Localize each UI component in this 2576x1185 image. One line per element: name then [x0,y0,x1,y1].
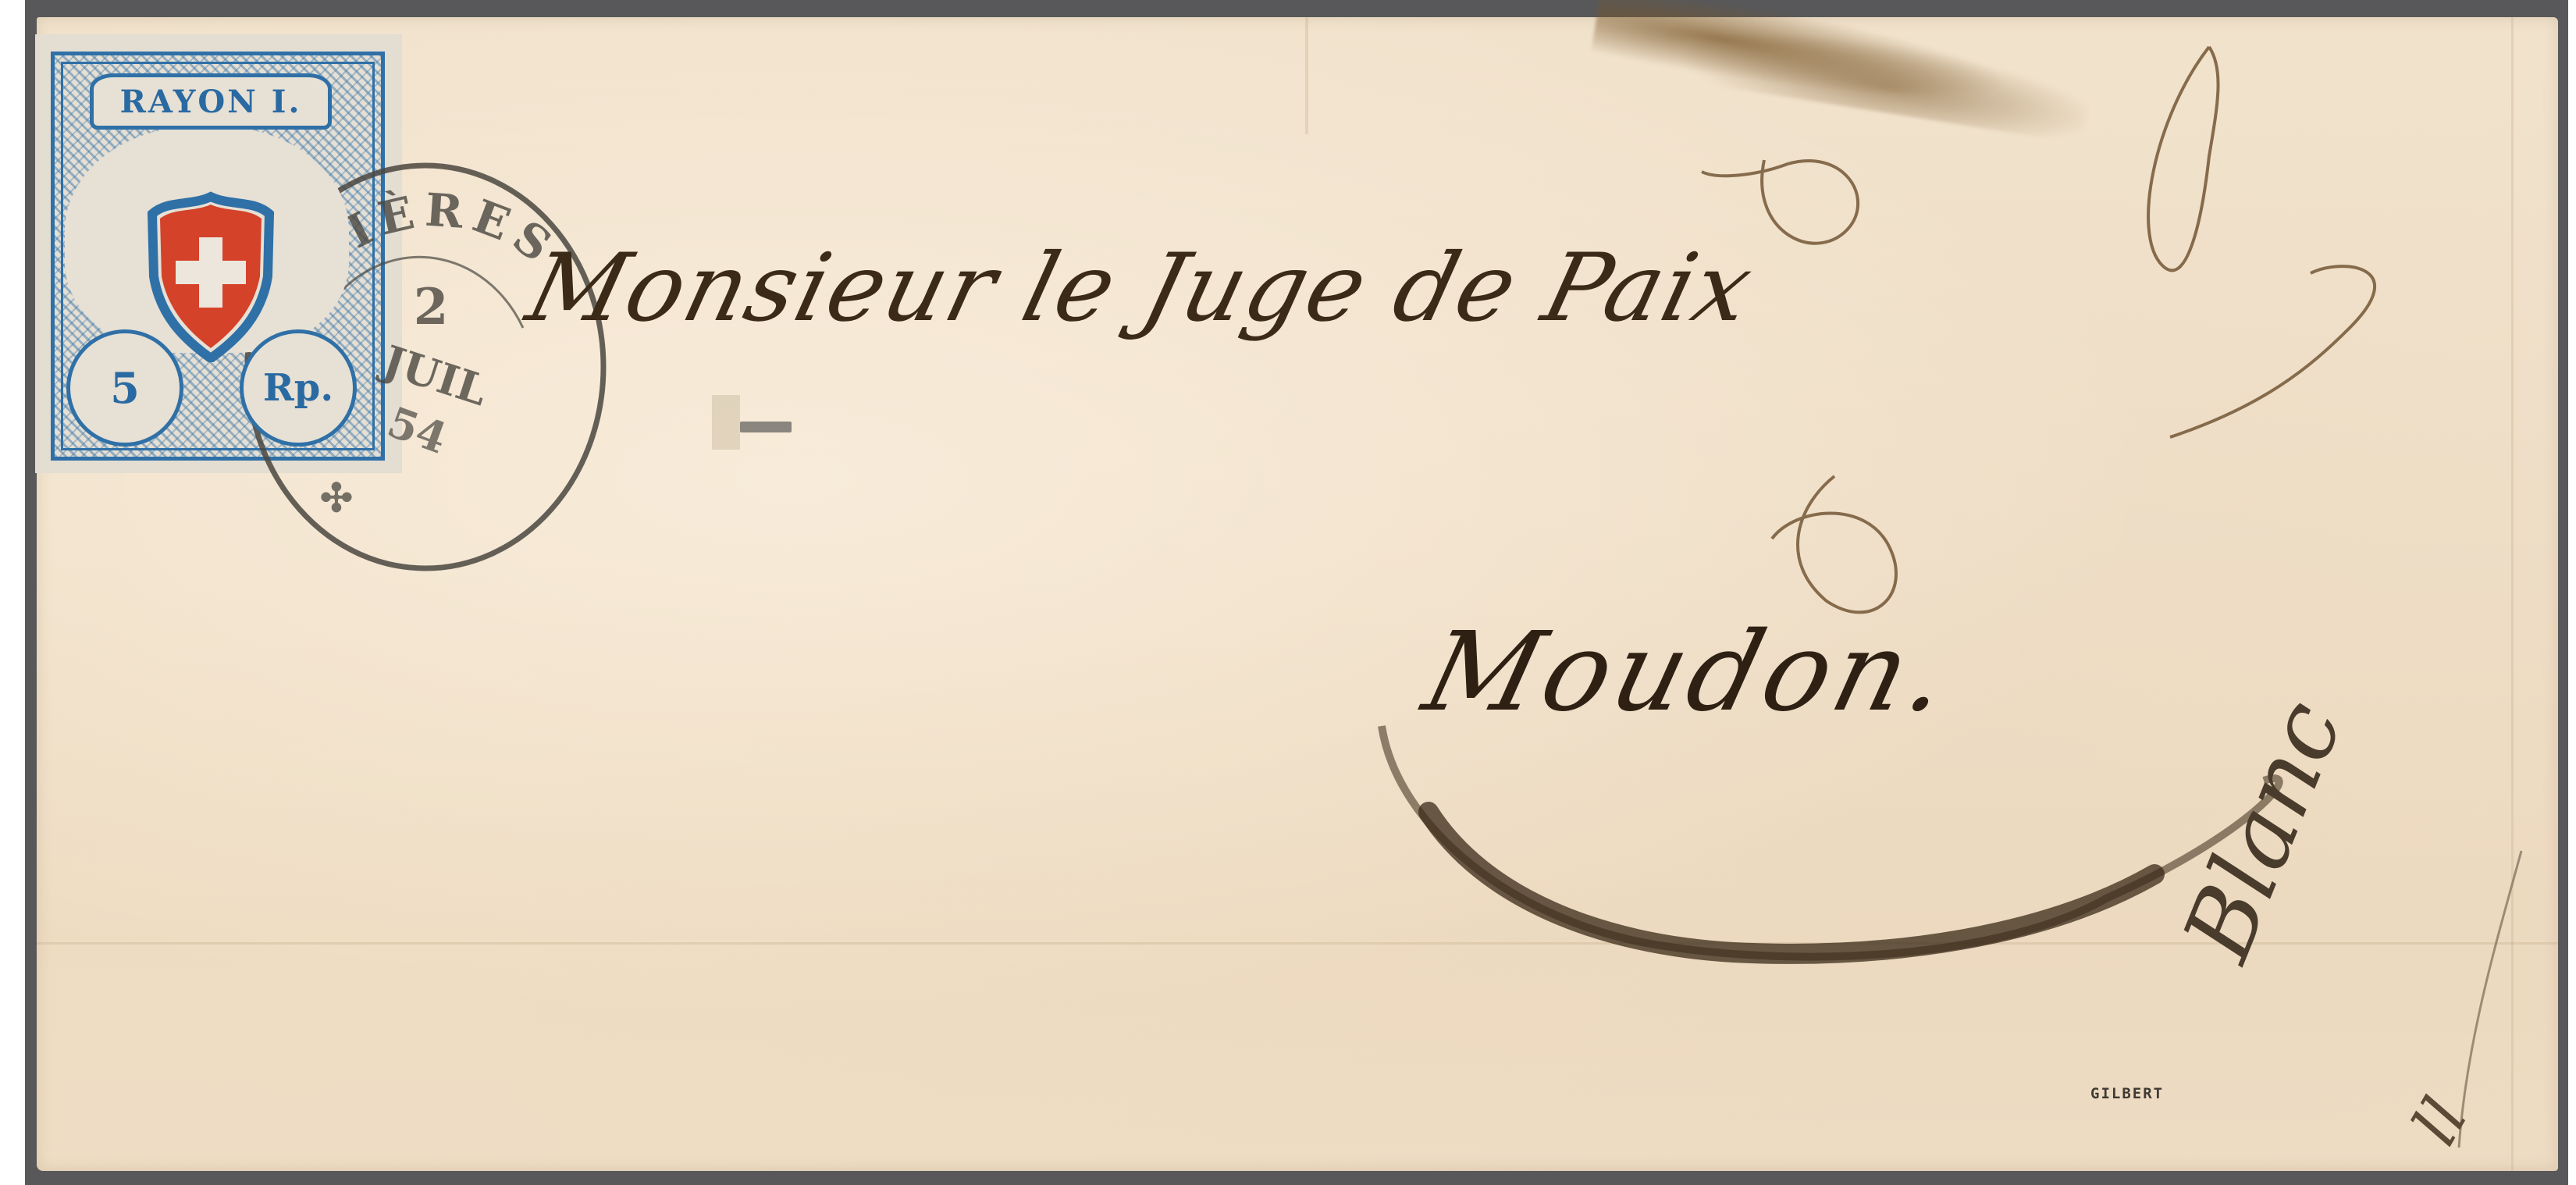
fold-line [37,942,2558,945]
postmark-day: 2 [414,278,449,336]
address-city: Moudon. [1413,609,1966,736]
pencil-mark [740,422,792,432]
pencil-mark-shadow [712,395,740,450]
postage-stamp: RAYON I. 5 Rp. [35,34,402,473]
address-addressee: Monsieur le Juge de Paix [518,234,1764,343]
expert-signature-stamp: GILBERT [2090,1085,2164,1102]
fold-line [2511,17,2514,1171]
fold-line [1305,17,1308,134]
postmark-ornament: ✣ [320,475,353,521]
postmark-month: JUIL [374,334,493,415]
swiss-shield-icon [137,183,285,362]
stamp-banner: RAYON I. [90,73,332,130]
postmark-year: 54 [381,397,454,464]
